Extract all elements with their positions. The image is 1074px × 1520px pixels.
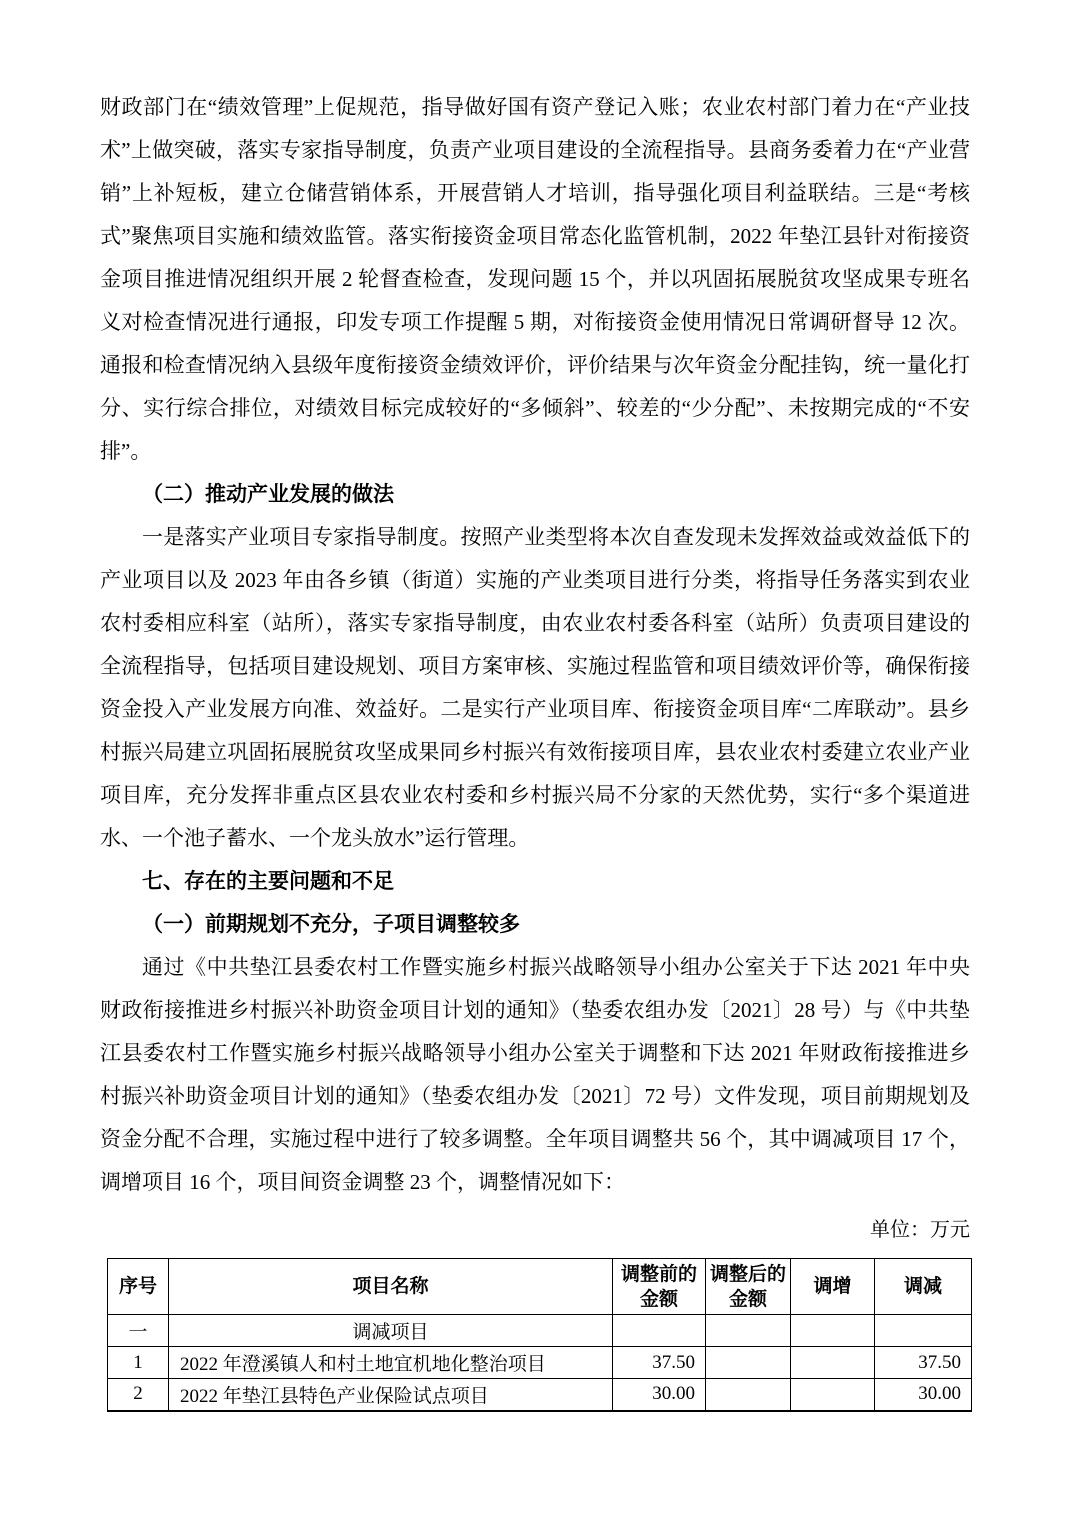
paragraph-performance-supervision: 财政部门在“绩效管理”上促规范，指导做好国有资产登记入账；农业农村部门着力在“产…	[100, 86, 970, 473]
cell-amount-before: 30.00	[613, 1379, 706, 1411]
table-header-row: 序号 项目名称 调整前的金额 调整后的金额 调增 调减	[108, 1259, 972, 1315]
col-header-increase: 调增	[791, 1259, 875, 1315]
cell-amount-after	[706, 1347, 791, 1379]
cell-seq: 一	[108, 1315, 169, 1347]
heading-insufficient-planning: （一）前期规划不充分，子项目调整较多	[100, 903, 970, 946]
table-row: 1 2022 年澄溪镇人和村土地宜机地化整治项目 37.50 37.50	[108, 1347, 972, 1379]
cell-increase	[791, 1379, 875, 1411]
cell-decrease: 37.50	[875, 1347, 972, 1379]
heading-main-problems: 七、存在的主要问题和不足	[100, 860, 970, 903]
cell-increase	[791, 1347, 875, 1379]
cell-decrease	[875, 1315, 972, 1347]
col-header-amount-before: 调整前的金额	[613, 1259, 706, 1315]
paragraph-industry-measures: 一是落实产业项目专家指导制度。按照产业类型将本次自查发现未发挥效益或效益低下的产…	[100, 516, 970, 860]
cell-project-name: 2022 年垫江县特色产业保险试点项目	[169, 1379, 613, 1411]
cell-amount-after	[706, 1315, 791, 1347]
cell-increase	[791, 1315, 875, 1347]
col-header-seq: 序号	[108, 1259, 169, 1315]
col-header-project-name: 项目名称	[169, 1259, 613, 1315]
document-page: 财政部门在“绩效管理”上促规范，指导做好国有资产登记入账；农业农村部门着力在“产…	[0, 0, 1074, 1520]
cell-amount-before: 37.50	[613, 1347, 706, 1379]
cell-project-name: 2022 年澄溪镇人和村土地宜机地化整治项目	[169, 1347, 613, 1379]
cell-decrease: 30.00	[875, 1379, 972, 1411]
heading-industry-development: （二）推动产业发展的做法	[100, 473, 970, 516]
cell-seq: 1	[108, 1347, 169, 1379]
table-row: 2 2022 年垫江县特色产业保险试点项目 30.00 30.00	[108, 1379, 972, 1411]
adjustment-table: 序号 项目名称 调整前的金额 调整后的金额 调增 调减 一 调减项目 1 202…	[107, 1258, 972, 1412]
cell-amount-before	[613, 1315, 706, 1347]
table-row-category: 一 调减项目	[108, 1315, 972, 1347]
cell-amount-after	[706, 1379, 791, 1411]
cell-seq: 2	[108, 1379, 169, 1411]
col-header-decrease: 调减	[875, 1259, 972, 1315]
col-header-amount-after: 调整后的金额	[706, 1259, 791, 1315]
unit-label: 单位：万元	[100, 1210, 970, 1250]
paragraph-project-adjustment: 通过《中共垫江县委农村工作暨实施乡村振兴战略领导小组办公室关于下达 2021 年…	[100, 946, 970, 1204]
cell-category-name: 调减项目	[169, 1315, 613, 1347]
